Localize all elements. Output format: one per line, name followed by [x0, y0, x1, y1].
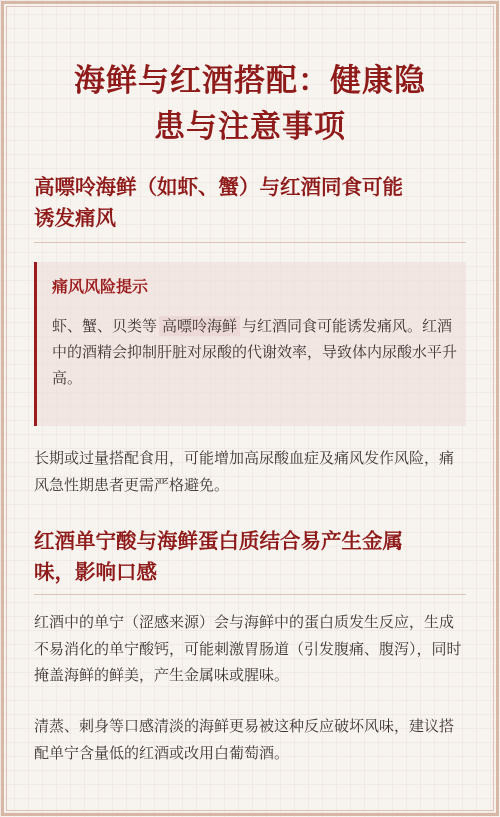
page-title: 海鲜与红酒搭配：健康隐 患与注意事项 [34, 58, 466, 150]
highlight-term: 高嘌呤海鲜 [159, 316, 240, 336]
section-heading-line: 高嘌呤海鲜（如虾、蟹）与红酒同食可能 [34, 175, 403, 199]
section-divider [34, 242, 466, 243]
gout-risk-callout: 痛风风险提示 虾、蟹、贝类等高嘌呤海鲜与红酒同食可能诱发痛风。红酒中的酒精会抑制… [34, 262, 466, 426]
section-heading-line: 味，影响口感 [34, 560, 157, 584]
paragraph-pairing-advice: 清蒸、刺身等口感清淡的海鲜更易被这种反应破坏风味，建议搭配单宁含量低的红酒或改用… [34, 713, 466, 766]
callout-text: 虾、蟹、贝类等 [52, 317, 157, 335]
page-title-line-2: 患与注意事项 [154, 109, 346, 145]
section-heading-line: 诱发痛风 [34, 206, 116, 230]
paragraph-gout-warning: 长期或过量搭配食用，可能增加高尿酸血症及痛风发作风险，痛风急性期患者更需严格避免… [34, 445, 466, 498]
page: 海鲜与红酒搭配：健康隐 患与注意事项 高嘌呤海鲜（如虾、蟹）与红酒同食可能 诱发… [0, 0, 500, 817]
page-title-line-1: 海鲜与红酒搭配：健康隐 [74, 63, 426, 99]
callout-title: 痛风风险提示 [52, 276, 148, 298]
section-heading-tannin: 红酒单宁酸与海鲜蛋白质结合易产生金属 味，影响口感 [34, 526, 466, 588]
section-heading-gout: 高嘌呤海鲜（如虾、蟹）与红酒同食可能 诱发痛风 [34, 172, 466, 234]
section-heading-line: 红酒单宁酸与海鲜蛋白质结合易产生金属 [34, 529, 403, 553]
callout-body: 虾、蟹、贝类等高嘌呤海鲜与红酒同食可能诱发痛风。红酒中的酒精会抑制肝脏对尿酸的代… [52, 313, 457, 391]
section-divider [34, 594, 466, 595]
paragraph-tannin-reaction: 红酒中的单宁（涩感来源）会与海鲜中的蛋白质发生反应，生成不易消化的单宁酸钙，可能… [34, 609, 466, 689]
